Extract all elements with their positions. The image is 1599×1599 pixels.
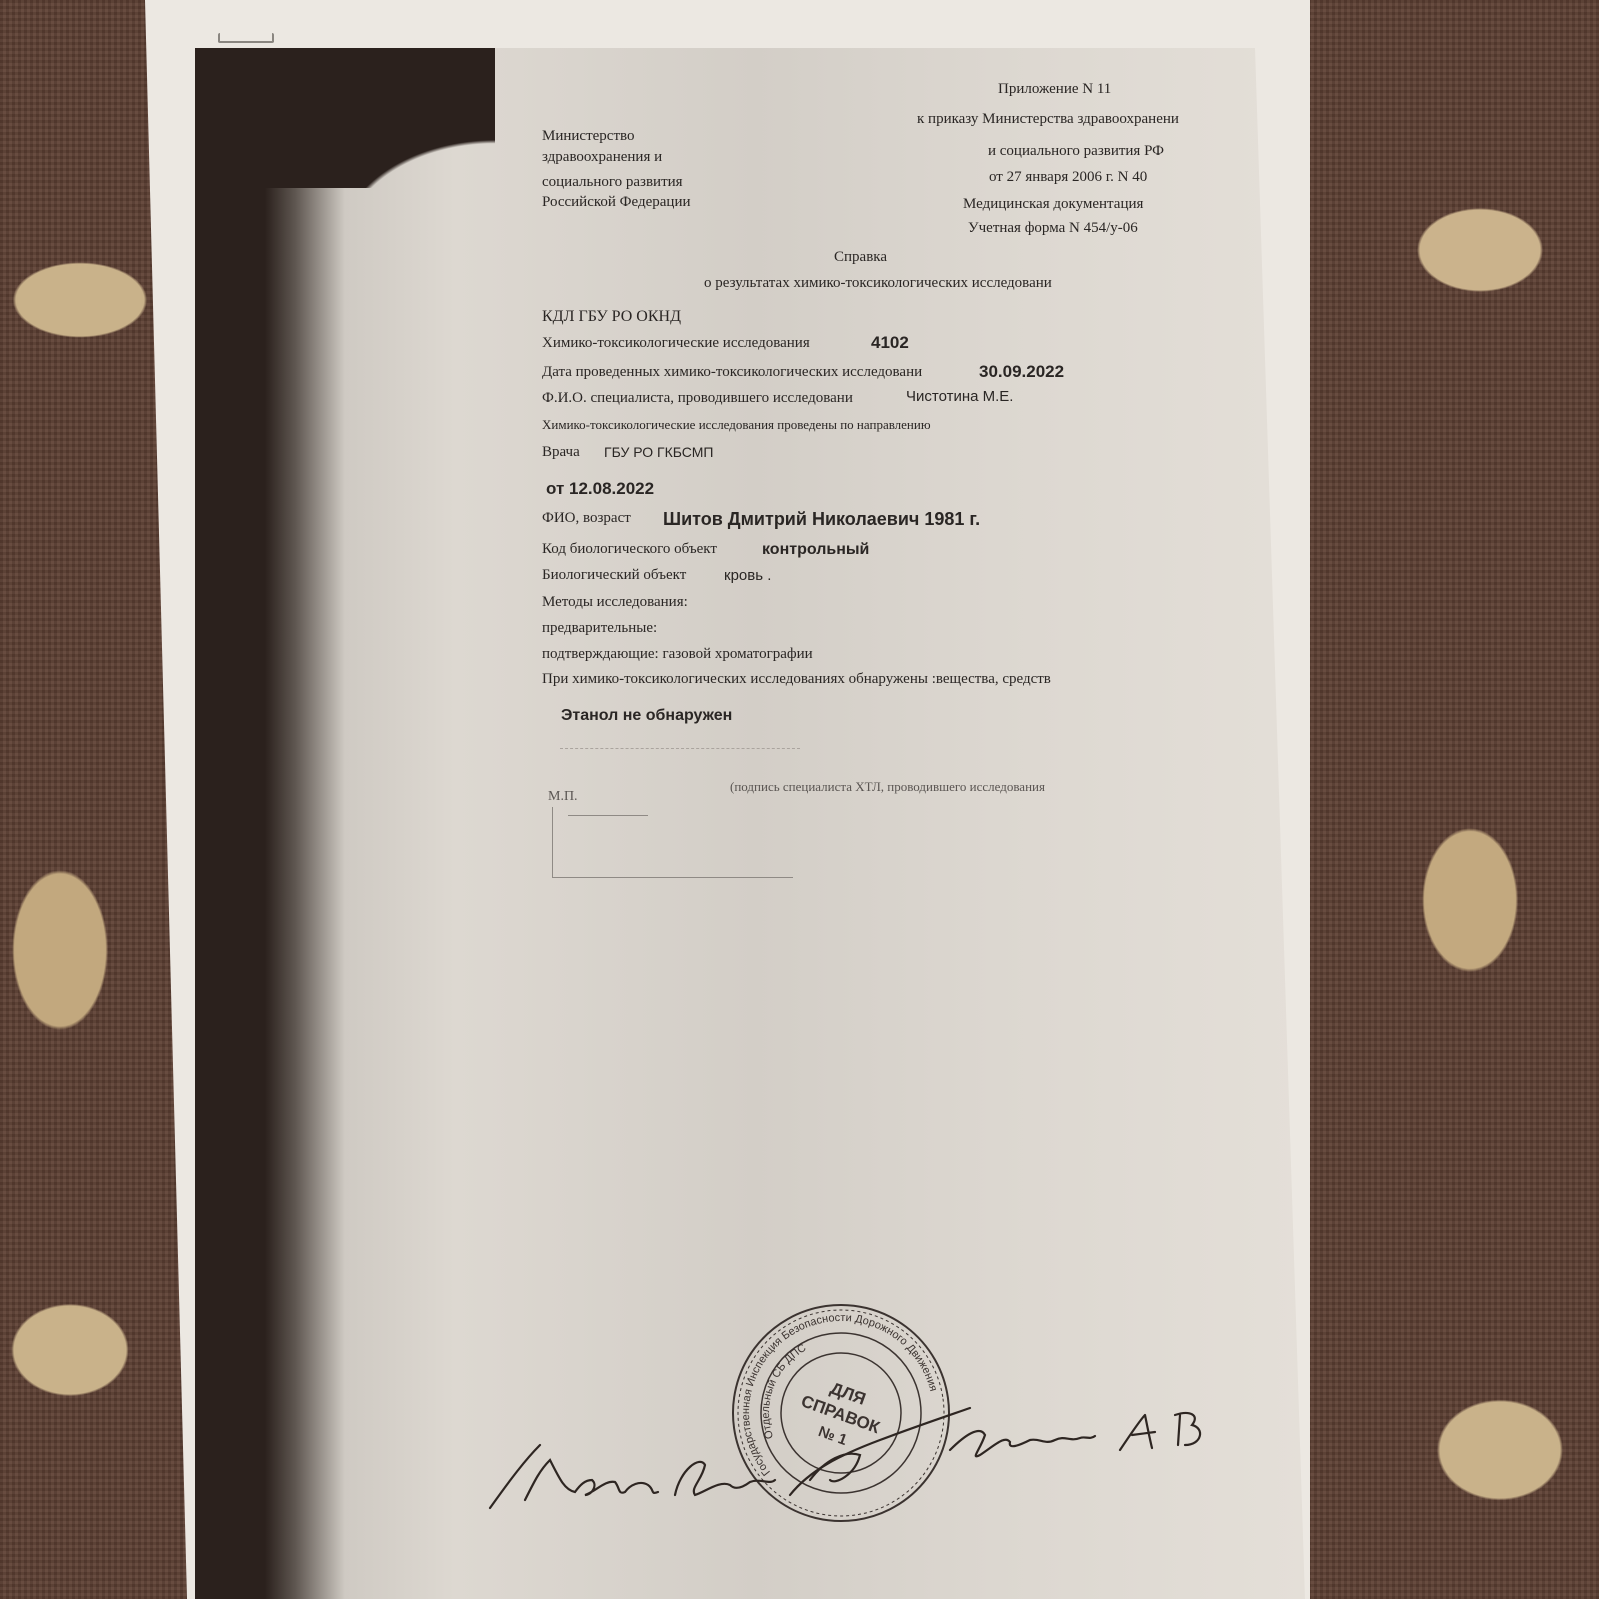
methods-label: Методы исследования: (542, 594, 688, 611)
research-label: Химико-токсикологические исследования (542, 335, 810, 352)
ministry-line-3: социального развития (542, 174, 683, 191)
ministry-line-4: Российской Федерации (542, 194, 691, 211)
bio-code-value: контрольный (762, 541, 869, 559)
ministry-line-1: Министерство (542, 128, 634, 145)
order-date: от 27 января 2006 г. N 40 (989, 169, 1147, 186)
stamp-dash (568, 815, 648, 816)
referral-label: Химико-токсикологические исследования пр… (542, 417, 931, 433)
bio-code-label: Код биологического объект (542, 541, 717, 558)
result-value: Этанол не обнаружен (561, 707, 732, 725)
bio-object-value: кровь . (724, 567, 771, 584)
signature-caption: (подпись специалиста ХТЛ, проводившего и… (730, 779, 1045, 795)
copy-shadow-corner (195, 48, 495, 188)
doctor-label: Врача (542, 444, 580, 461)
doc-type: Медицинская документация (963, 196, 1143, 213)
doctor-value: ГБУ РО ГКБСМП (604, 444, 713, 460)
order-line-2: и социального развития РФ (988, 143, 1164, 160)
lab-name: КДЛ ГБУ РО ОКНД (542, 308, 681, 326)
referral-date: от 12.08.2022 (546, 479, 654, 499)
appendix-number: Приложение N 11 (998, 81, 1111, 98)
document-subtitle: о результатах химико-токсикологических и… (704, 275, 1052, 292)
date-label: Дата проведенных химико-токсикологически… (542, 364, 922, 381)
patient-label: ФИО, возраст (542, 510, 631, 527)
patient-value: Шитов Дмитрий Николаевич 1981 г. (663, 509, 980, 530)
specialist-label: Ф.И.О. специалиста, проводившего исследо… (542, 390, 853, 407)
stamp-label: М.П. (548, 789, 578, 805)
staple-icon (218, 33, 274, 43)
form-number: Учетная форма N 454/у-06 (968, 220, 1138, 237)
handwritten-signature-icon (480, 1400, 1220, 1530)
date-value: 30.09.2022 (979, 362, 1064, 382)
stamp-placeholder-box (552, 807, 793, 878)
specialist-value: Чистотина М.Е. (906, 388, 1013, 405)
found-label: При химико-токсикологических исследовани… (542, 671, 1051, 688)
preliminary-label: предварительные: (542, 620, 657, 637)
research-number: 4102 (871, 333, 909, 353)
document-title: Справка (834, 249, 887, 266)
order-line-1: к приказу Министерства здравоохранени (917, 111, 1179, 128)
bio-object-label: Биологический объект (542, 567, 686, 584)
ministry-line-2: здравоохранения и (542, 149, 662, 166)
confirming-label: подтверждающие: газовой хроматографии (542, 646, 813, 663)
signature-line (560, 748, 800, 749)
